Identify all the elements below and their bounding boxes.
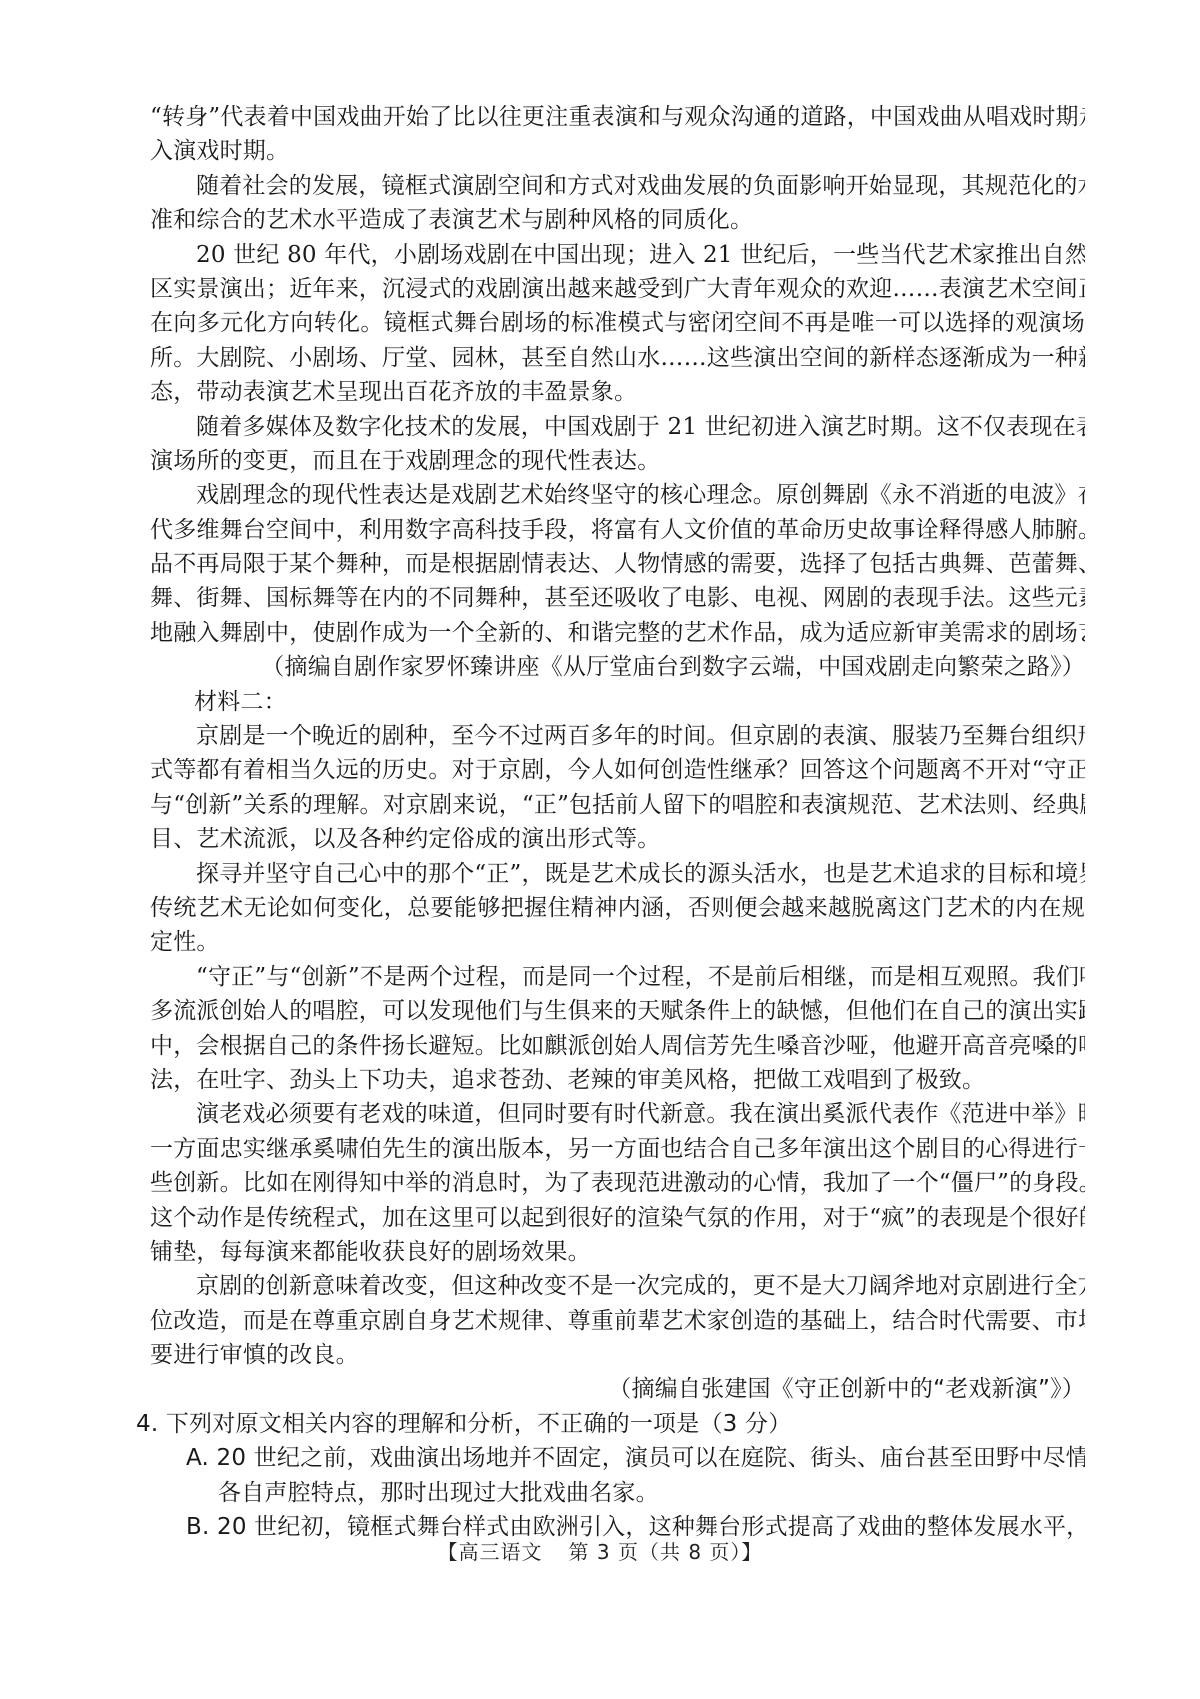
source-citation: （摘编自张建国《守正创新中的“老戏新演”》） (150, 1372, 1085, 1406)
material-two: 材料二： 京剧是一个晚近的剧种，至今不过两百多年的时间。但京剧的表演、服装乃至舞… (150, 685, 1085, 1407)
text-line: 区实景演出；近年来，沉浸式的戏剧演出越来越受到广大青年观众的欢迎……表演艺术空间… (150, 272, 1085, 306)
material-one: “转身”代表着中国戏曲开始了比以往更注重表演和与观众沟通的道路，中国戏曲从唱戏时… (150, 100, 1085, 685)
option-a: A. 20 世纪之前，戏曲演出场地并不固定，演员可以在庭院、街头、庙台甚至田野中… (150, 1441, 1085, 1510)
text-line: 与“创新”关系的理解。对京剧来说，“正”包括前人留下的唱腔和表演规范、艺术法则、… (150, 788, 1085, 822)
text-line: 演场所的变更，而且在于戏剧理念的现代性表达。 (150, 444, 1085, 478)
text-line: 准和综合的艺术水平造成了表演艺术与剧种风格的同质化。 (150, 203, 1085, 237)
text-line: 定性。 (150, 925, 1085, 959)
text-line: 随着社会的发展，镜框式演剧空间和方式对戏曲发展的负面影响开始显现，其规范化的水 (150, 169, 1085, 203)
text-line: 传统艺术无论如何变化，总要能够把握住精神内涵，否则便会越来越脱离这门艺术的内在规 (150, 891, 1085, 925)
text-line: 铺垫，每每演来都能收获良好的剧场效果。 (150, 1235, 1085, 1269)
question-stem: 4. 下列对原文相关内容的理解和分析，不正确的一项是（3 分） (136, 1407, 1085, 1441)
exam-page: “转身”代表着中国戏曲开始了比以往更注重表演和与观众沟通的道路，中国戏曲从唱戏时… (150, 100, 1085, 1544)
text-line: 式等都有着相当久远的历史。对于京剧，今人如何创造性继承？回答这个问题离不开对“守… (150, 753, 1085, 787)
text-line: 多流派创始人的唱腔，可以发现他们与生俱来的天赋条件上的缺憾，但他们在自己的演出实… (150, 994, 1085, 1028)
text-line: 舞、街舞、国标舞等在内的不同舞种，甚至还吸收了电影、电视、网剧的表现手法。这些元… (150, 581, 1085, 615)
text-line: 京剧的创新意味着改变，但这种改变不是一次完成的，更不是大刀阔斧地对京剧进行全方 (150, 1269, 1085, 1303)
text-line: 些创新。比如在刚得知中举的消息时，为了表现范进激动的心情，我加了一个“僵尸”的身… (150, 1166, 1085, 1200)
text-line: 戏剧理念的现代性表达是戏剧艺术始终坚守的核心理念。原创舞剧《永不消逝的电波》在现 (150, 478, 1085, 512)
text-line: 所。大剧院、小剧场、厅堂、园林，甚至自然山水……这些演出空间的新样态逐渐成为一种… (150, 341, 1085, 375)
text-line: 这个动作是传统程式，加在这里可以起到很好的渲染气氛的作用，对于“疯”的表现是个很… (150, 1201, 1085, 1235)
text-line: 位改造，而是在尊重京剧自身艺术规律、尊重前辈艺术家创造的基础上，结合时代需要、市… (150, 1304, 1085, 1338)
text-line: 随着多媒体及数字化技术的发展，中国戏剧于 21 世纪初进入演艺时期。这不仅表现在… (150, 410, 1085, 444)
text-line: “守正”与“创新”不是两个过程，而是同一个过程，不是前后相继，而是相互观照。我们… (150, 960, 1085, 994)
text-line: 地融入舞剧中，使剧作成为一个全新的、和谐完整的艺术作品，成为适应新审美需求的剧场… (150, 616, 1085, 650)
question-4: 4. 下列对原文相关内容的理解和分析，不正确的一项是（3 分） A. 20 世纪… (150, 1407, 1085, 1545)
text-line: 20 世纪 80 年代，小剧场戏剧在中国出现；进入 21 世纪后，一些当代艺术家… (150, 238, 1085, 272)
text-line: 态，带动表演艺术呈现出百花齐放的丰盈景象。 (150, 375, 1085, 409)
text-line: 探寻并坚守自己心中的那个“正”，既是艺术成长的源头活水，也是艺术追求的目标和境界… (150, 857, 1085, 891)
text-line: 入演戏时期。 (150, 134, 1085, 168)
text-line: 代多维舞台空间中，利用数字高科技手段，将富有人文价值的革命历史故事诠释得感人肺腑… (150, 513, 1085, 547)
text-line: “转身”代表着中国戏曲开始了比以往更注重表演和与观众沟通的道路，中国戏曲从唱戏时… (150, 100, 1085, 134)
page-footer: 【高三语文第 3 页（共 8 页）】 (0, 1536, 1200, 1565)
text-line: 目、艺术流派，以及各种约定俗成的演出形式等。 (150, 822, 1085, 856)
source-citation: （摘编自剧作家罗怀臻讲座《从厅堂庙台到数字云端，中国戏剧走向繁荣之路》） (150, 650, 1085, 684)
text-line: 演老戏必须要有老戏的味道，但同时要有时代新意。我在演出奚派代表作《范进中举》时， (150, 1097, 1085, 1131)
text-line: 法，在吐字、劲头上下功夫，追求苍劲、老辣的审美风格，把做工戏唱到了极致。 (150, 1063, 1085, 1097)
text-line: 在向多元化方向转化。镜框式舞台剧场的标准模式与密闭空间不再是唯一可以选择的观演场 (150, 306, 1085, 340)
text-line: 中，会根据自己的条件扬长避短。比如麒派创始人周信芳先生嗓音沙哑，他避开高音亮嗓的… (150, 1029, 1085, 1063)
section-heading: 材料二： (150, 685, 1085, 719)
text-line: 京剧是一个晚近的剧种，至今不过两百多年的时间。但京剧的表演、服装乃至舞台组织形 (150, 719, 1085, 753)
option-a-text: A. 20 世纪之前，戏曲演出场地并不固定，演员可以在庭院、街头、庙台甚至田野中… (150, 1441, 1085, 1475)
footer-page-number: 第 3 页（共 8 页）】 (569, 1540, 763, 1564)
text-line: 品不再局限于某个舞种，而是根据剧情表达、人物情感的需要，选择了包括古典舞、芭蕾舞… (150, 547, 1085, 581)
text-line: 一方面忠实继承奚啸伯先生的演出版本，另一方面也结合自己多年演出这个剧目的心得进行… (150, 1132, 1085, 1166)
text-line: 要进行审慎的改良。 (150, 1338, 1085, 1372)
footer-subject: 【高三语文 (438, 1540, 543, 1564)
option-a-text-cont: 各自声腔特点，那时出现过大批戏曲名家。 (150, 1476, 1085, 1510)
